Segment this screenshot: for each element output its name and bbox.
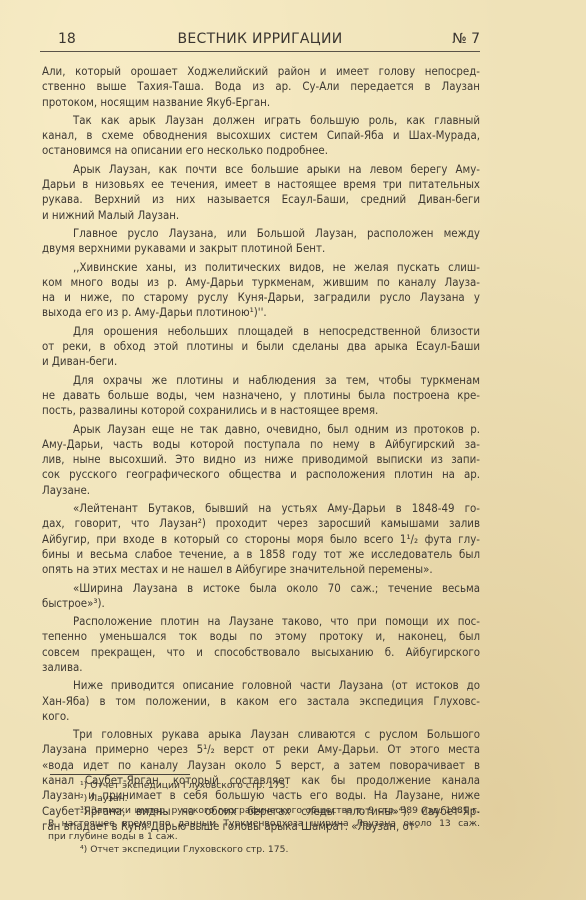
text-line: бины и весьма слабое течение, а в 1858 г…	[42, 547, 480, 562]
text-line: остановимся на описании его несколько по…	[42, 143, 480, 158]
text-line: ственно выше Тахия-Таша. Вода из ар. Су-…	[42, 79, 480, 94]
text-line: Айбугир, при входе в который со стороны …	[42, 532, 480, 547]
text-line: опять на этих местах и не нашел в Айбуги…	[42, 562, 480, 577]
text-line: Расположение плотин на Лаузане таково, ч…	[42, 614, 480, 629]
text-line: «Лейтенант Бутаков, бывший на устьях Аму…	[42, 501, 480, 516]
paragraph: Ниже приводится описание головной части …	[42, 678, 480, 724]
text-line: на и ниже, по старому руслу Куня-Дарьи, …	[42, 290, 480, 305]
text-line: двумя верхними рукавами и закрыт плотино…	[42, 241, 480, 256]
paragraph: Так как арык Лаузан должен играть большу…	[42, 113, 480, 159]
issue-number: № 7	[452, 31, 480, 47]
text-line: ком много воды из р. Аму-Дарьи туркменам…	[42, 275, 480, 290]
journal-page: 18 ВЕСТНИК ИРРИГАЦИИ № 7 Али, который ор…	[0, 0, 586, 900]
footnote: при глубине воды в 1 саж.	[48, 831, 480, 844]
journal-title: ВЕСТНИК ИРРИГАЦИИ	[40, 31, 480, 47]
text-line: Али, который орошает Ходжелийский район …	[42, 64, 480, 79]
footnote-separator	[50, 774, 190, 775]
text-line: Арык Лаузан, как почти все большие арыки…	[42, 162, 480, 177]
text-line: Ниже приводится описание головной части …	[42, 678, 480, 693]
text-line: и Диван-беги.	[42, 354, 480, 369]
footnote: ³) Записки импер. русского географическо…	[48, 805, 480, 818]
paragraph: Расположение плотин на Лаузане таково, ч…	[42, 614, 480, 675]
running-header: 18 ВЕСТНИК ИРРИГАЦИИ № 7	[40, 29, 480, 52]
text-line: лив, ныне высохший. Это видно из ниже пр…	[42, 452, 480, 467]
text-line: сок русского географического общества и …	[42, 467, 480, 482]
paragraph: ,,Хивинские ханы, из политических видов,…	[42, 260, 480, 321]
footnote: В настоящее время по данным Туркменводхо…	[48, 818, 480, 831]
text-line: тепенно уменьшался ток воды по этому про…	[42, 629, 480, 644]
text-line: от реки, в обход этой плотины и были сде…	[42, 339, 480, 354]
text-line: протоком, носящим название Якуб-Ерган.	[42, 95, 480, 110]
paragraph: «Лейтенант Бутаков, бывший на устьях Аму…	[42, 501, 480, 577]
footnote: ⁴) Отчет экспедиции Глуховского стр. 175…	[48, 844, 480, 857]
text-line: канал, в схеме обводнения высохших систе…	[42, 128, 480, 143]
text-line: «Ширина Лаузана в истоке была около 70 с…	[42, 581, 480, 596]
footnotes: ¹) Отчет экспедиции Глуховского стр. 175…	[48, 780, 480, 856]
text-line: и нижний Малый Лаузан.	[42, 208, 480, 223]
text-line: дах, говорит, что Лаузан²) проходит чере…	[42, 516, 480, 531]
text-line: Арык Лаузан еще не так давно, очевидно, …	[42, 422, 480, 437]
text-line: кого.	[42, 709, 480, 724]
paragraph: Главное русло Лаузана, или Большой Лауза…	[42, 226, 480, 257]
footnote: ¹) Отчет экспедиции Глуховского стр. 175…	[48, 780, 480, 793]
text-line: залива.	[42, 660, 480, 675]
text-line: совсем прекращен, что и способствовало в…	[42, 645, 480, 660]
text-line: Аму-Дарьи, часть воды которой поступала …	[42, 437, 480, 452]
text-line: Три головных рукава арыка Лаузан сливают…	[42, 727, 480, 742]
text-line: не давать больше воды, чем назначено, у …	[42, 388, 480, 403]
text-line: Лаузана примерно через 5¹/₂ верст от рек…	[42, 742, 480, 757]
text-line: выхода его из р. Аму-Дарьи плотиною¹)''.	[42, 305, 480, 320]
text-line: рукава. Верхний из них называется Есаул-…	[42, 192, 480, 207]
footnote: ²) Лаузан.	[48, 793, 480, 806]
paragraph: Для охрачы же плотины и наблюдения за те…	[42, 373, 480, 419]
paragraph: Для орошения небольших площадей в непоср…	[42, 324, 480, 370]
paragraph: Али, который орошает Ходжелийский район …	[42, 64, 480, 110]
text-line: Дарьи в низовьях ее течения, имеет в нас…	[42, 177, 480, 192]
text-line: Лаузане.	[42, 483, 480, 498]
text-line: Для орошения небольших площадей в непоср…	[42, 324, 480, 339]
text-line: Хан-Яба) в том положении, в каком его за…	[42, 694, 480, 709]
text-line: Для охрачы же плотины и наблюдения за те…	[42, 373, 480, 388]
text-line: ,,Хивинские ханы, из политических видов,…	[42, 260, 480, 275]
text-line: «вода идет по каналу Лаузан около 5 верс…	[42, 758, 480, 773]
text-line: пость, развалины которой сохранились и в…	[42, 403, 480, 418]
text-line: Так как арык Лаузан должен играть большу…	[42, 113, 480, 128]
article-body: Али, который орошает Ходжелийский район …	[42, 64, 480, 837]
paragraph: Арык Лаузан, как почти все большие арыки…	[42, 162, 480, 223]
text-line: Главное русло Лаузана, или Большой Лауза…	[42, 226, 480, 241]
paragraph: Арык Лаузан еще не так давно, очевидно, …	[42, 422, 480, 498]
text-line: быстрое»³).	[42, 596, 480, 611]
paragraph: «Ширина Лаузана в истоке была около 70 с…	[42, 581, 480, 612]
